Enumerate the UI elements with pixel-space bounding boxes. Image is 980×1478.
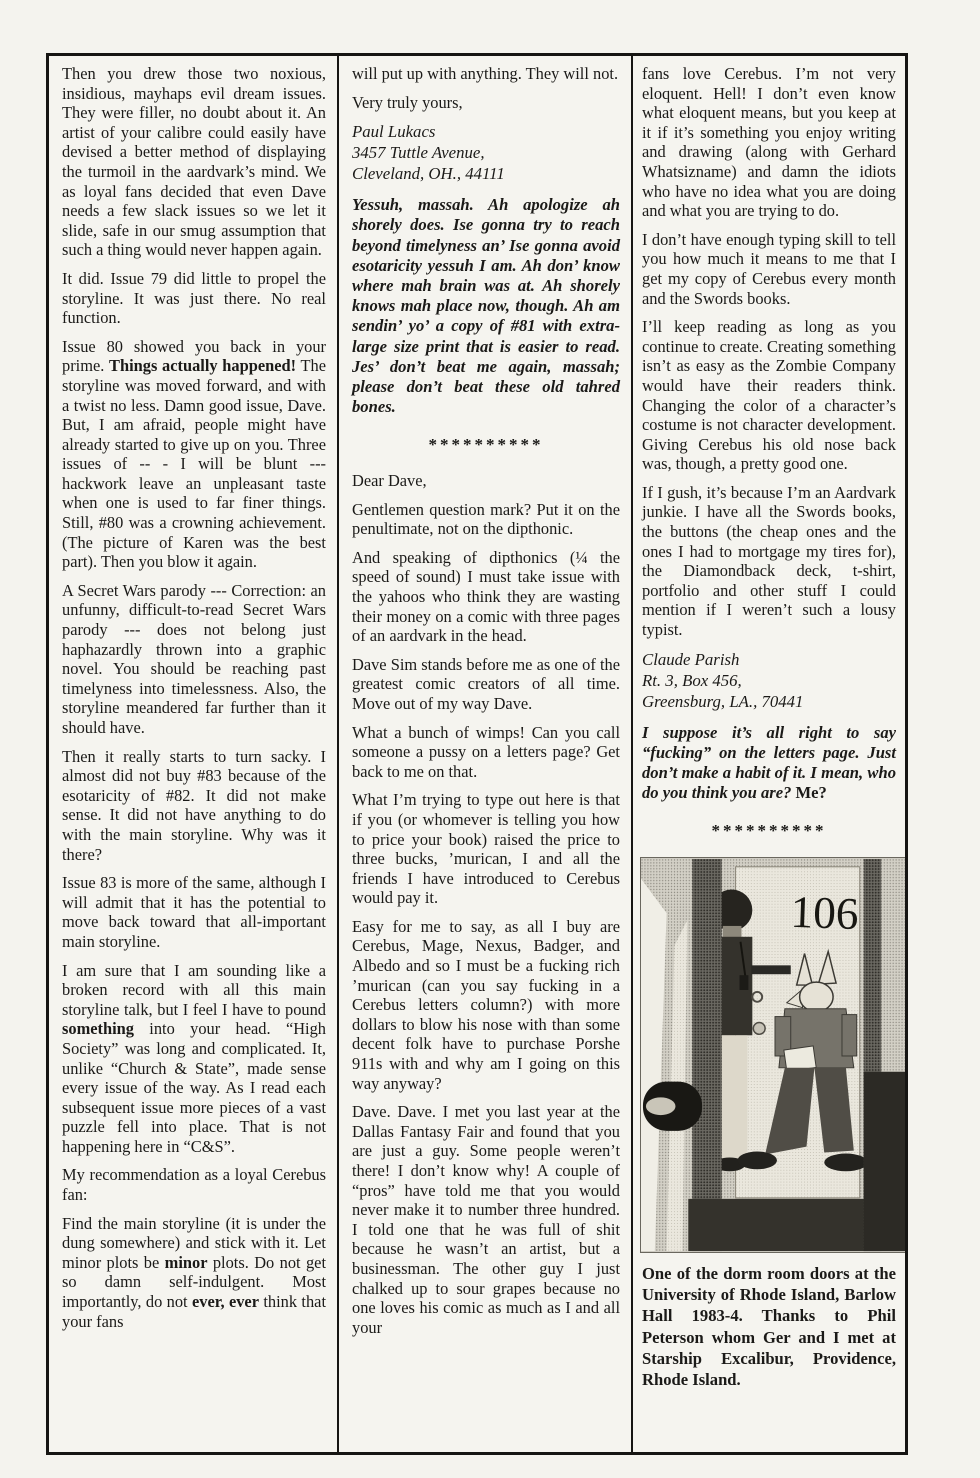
paragraph: Gentlemen question mark? Put it on the p… [352, 500, 620, 539]
paragraph: I am sure that I am sounding like a brok… [62, 961, 326, 1157]
paragraph: And speaking of dipthonics (¼ the speed … [352, 548, 620, 646]
dorm-door-photo: 106 [640, 857, 905, 1253]
paragraph: A Secret Wars parody --- Correction: an … [62, 581, 326, 738]
dorm-door-photo-art: 106 [641, 858, 905, 1252]
door-frame-bar [692, 859, 722, 1251]
door-number-text: 106 [790, 887, 860, 939]
paragraph: Dave. Dave. I met you last year at the D… [352, 1102, 620, 1337]
paragraph: Dave Sim stands before me as one of the … [352, 655, 620, 714]
paragraph: Dear Dave, [352, 471, 620, 491]
bold-span: ever, ever [192, 1292, 259, 1311]
letters-column-3: fans love Cerebus. I’m not very eloquent… [633, 56, 905, 1452]
paragraph: What a bunch of wimps! Can you call some… [352, 723, 620, 782]
paragraph: Then it really starts to turn sacky. I a… [62, 747, 326, 865]
right-dark-mass [864, 1072, 905, 1251]
paragraph: Paul Lukacs3457 Tuttle Avenue,Cleveland,… [352, 121, 620, 184]
paragraph: What I’m trying to type out here is that… [352, 790, 620, 908]
paragraph: Yessuh, massah. Ah apologize ah shorely … [352, 195, 620, 417]
bold-span: Me? [796, 783, 827, 802]
letters-page: { "page": { "background": "#f4f3ee", "in… [0, 0, 980, 1478]
door-handle [643, 1082, 702, 1131]
page-border-box: Then you drew those two noxious, insidio… [46, 53, 908, 1455]
paragraph: I suppose it’s all right to say “fucking… [642, 723, 896, 804]
section-separator: ********** [642, 821, 896, 841]
paragraph: Issue 83 is more of the same, although I… [62, 873, 326, 951]
bold-span: something [62, 1019, 134, 1038]
paragraph: Then you drew those two noxious, insidio… [62, 64, 326, 260]
paragraph: Find the main storyline (it is under the… [62, 1214, 326, 1332]
column-3-text: fans love Cerebus. I’m not very eloquent… [642, 64, 896, 841]
letters-column-2: will put up with anything. They will not… [339, 56, 633, 1452]
paragraph: will put up with anything. They will not… [352, 64, 620, 84]
paragraph: Easy for me to say, as all I buy are Cer… [352, 917, 620, 1093]
bold-span: Things actually happened! [109, 356, 296, 375]
bold-span: minor [165, 1253, 208, 1272]
paragraph: If I gush, it’s because I’m an Aardvark … [642, 483, 896, 640]
paragraph: Issue 80 showed you back in your prime. … [62, 337, 326, 572]
paragraph: Claude ParishRt. 3, Box 456,Greensburg, … [642, 649, 896, 712]
section-separator: ********** [352, 435, 620, 455]
paragraph: fans love Cerebus. I’m not very eloquent… [642, 64, 896, 221]
paragraph: It did. Issue 79 did little to propel th… [62, 269, 326, 328]
paragraph: I’ll keep reading as long as you continu… [642, 317, 896, 474]
paragraph: I don’t have enough typing skill to tell… [642, 230, 896, 308]
letters-column-1: Then you drew those two noxious, insidio… [49, 56, 339, 1452]
paragraph: My recommendation as a loyal Cerebus fan… [62, 1165, 326, 1204]
photo-caption: One of the dorm room doors at the Univer… [642, 1263, 896, 1390]
paragraph: Very truly yours, [352, 93, 620, 113]
